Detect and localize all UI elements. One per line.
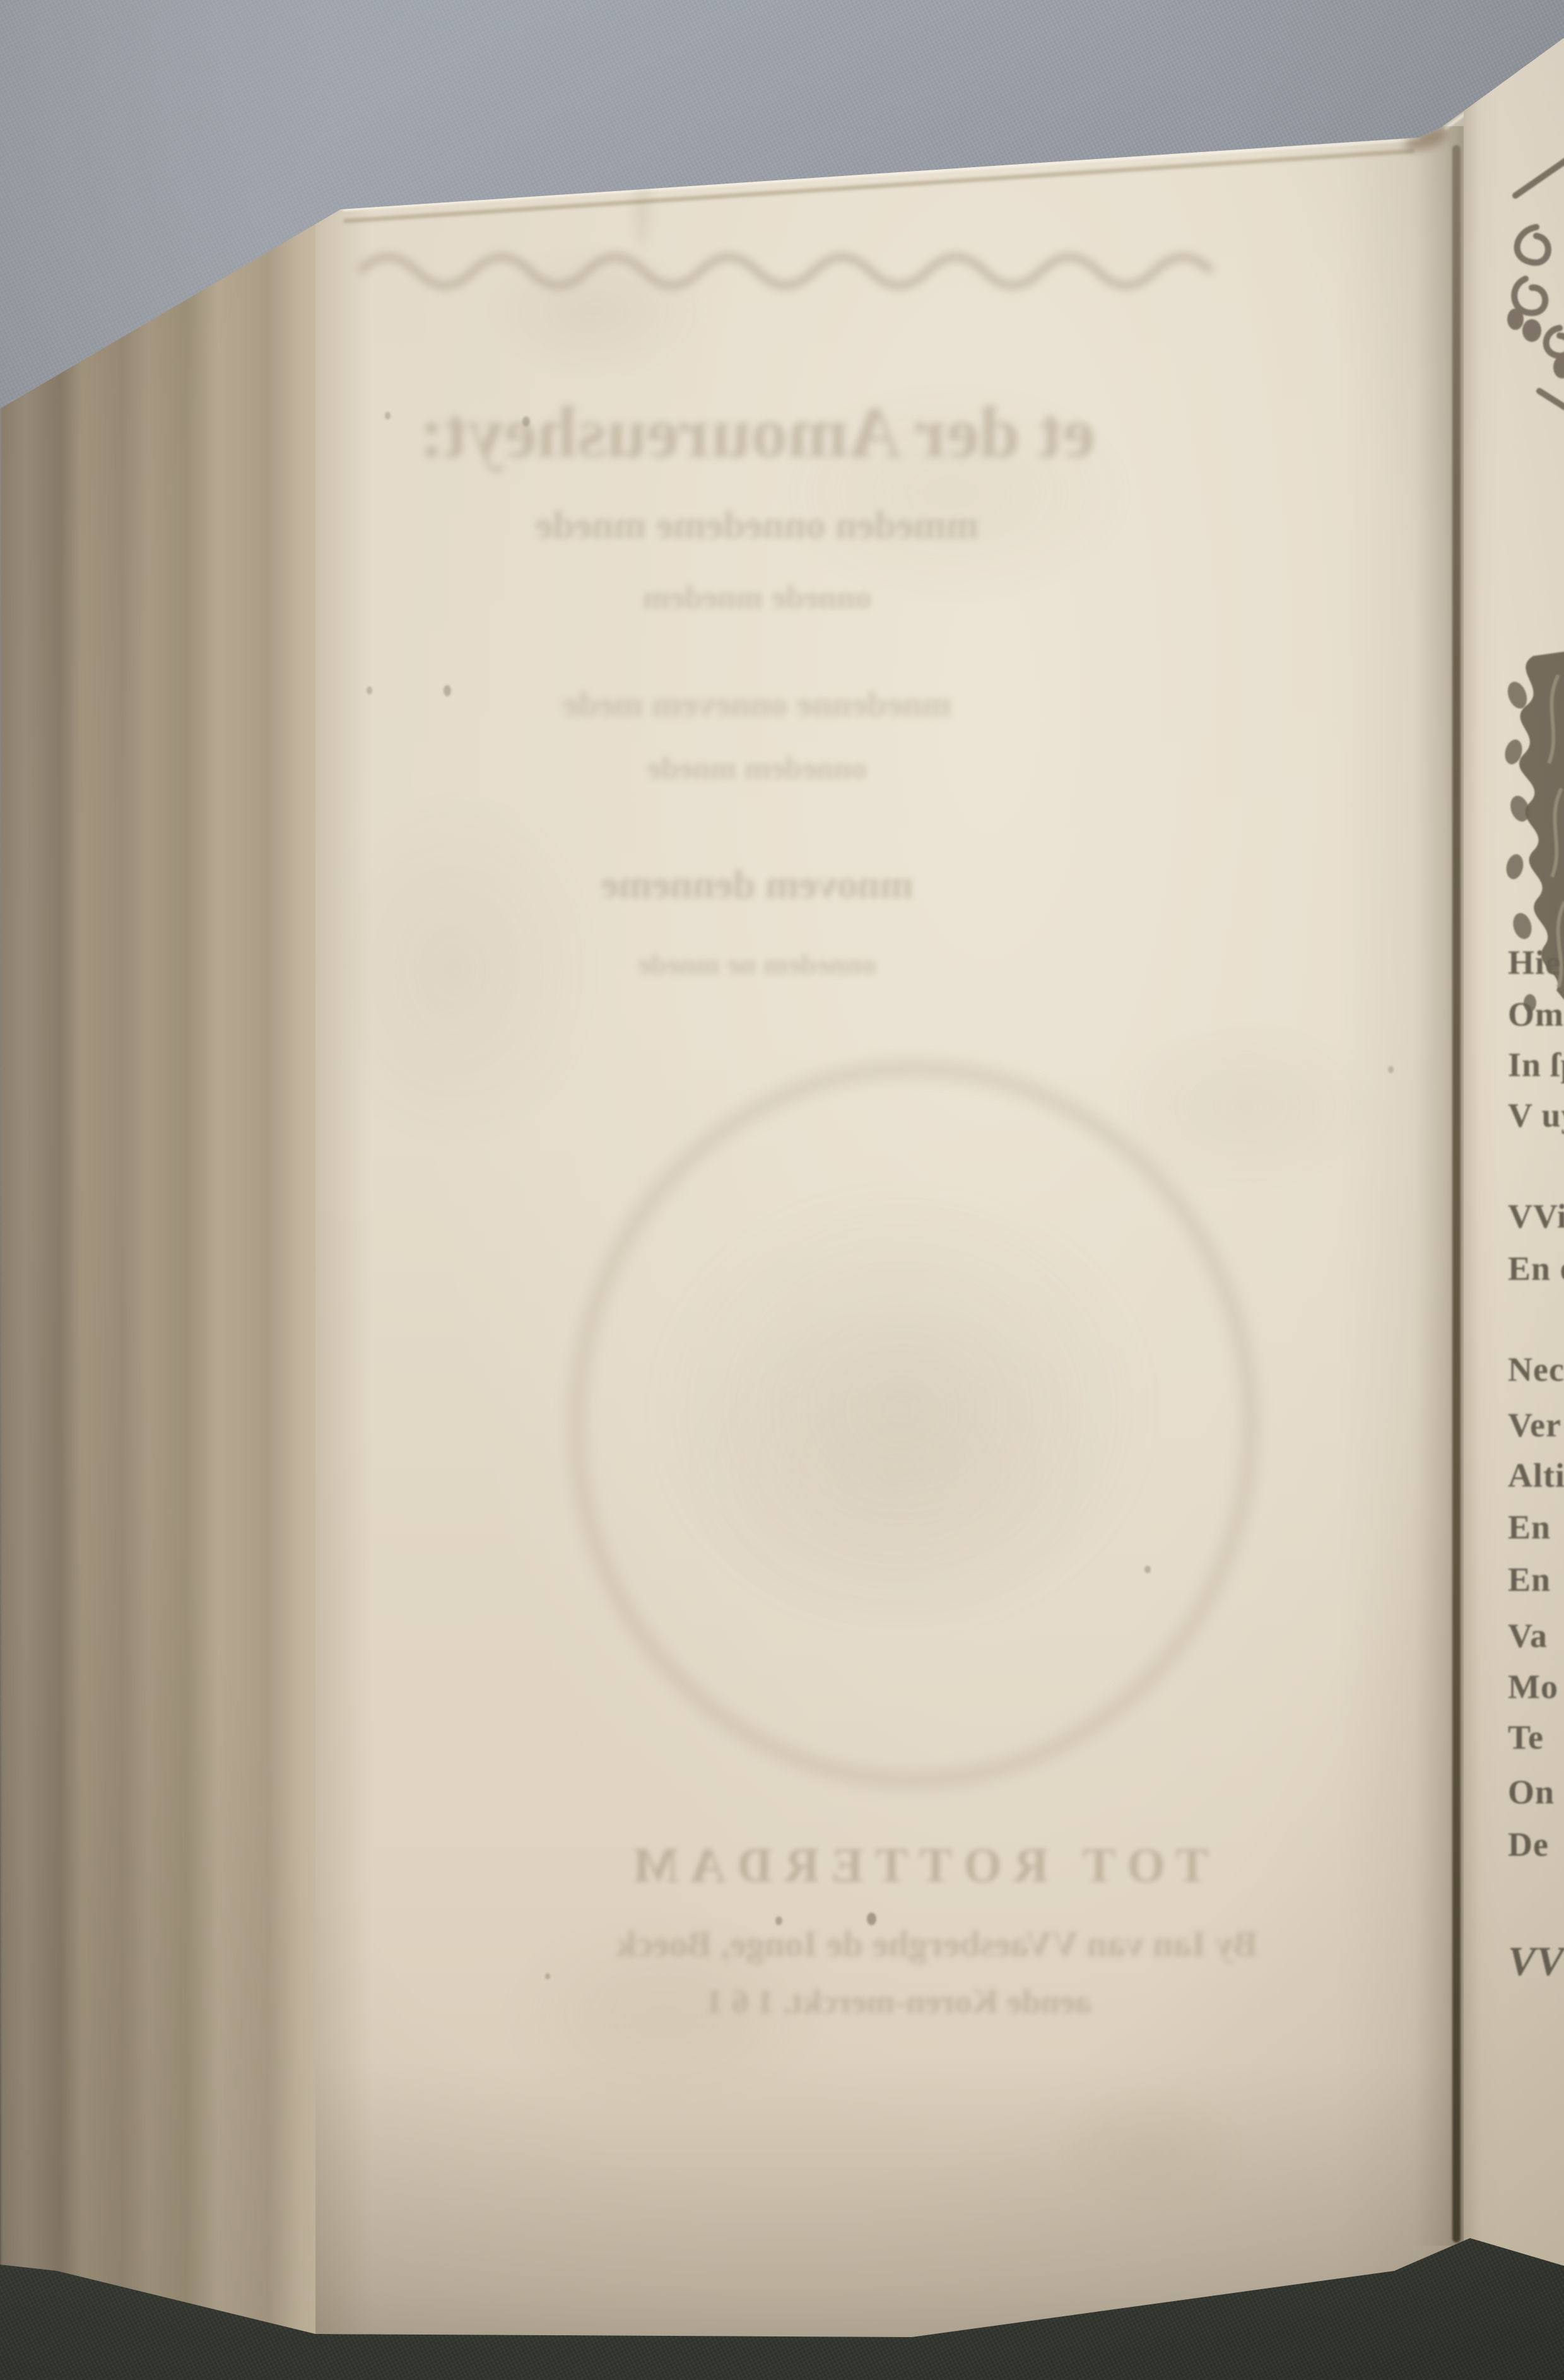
book-photograph: et der Amoureusheyt: mmeden onnedeme mne… [0, 0, 1564, 2380]
show-through-ornament-row [353, 237, 1249, 300]
paper-speck [385, 412, 391, 419]
recto-text-fragment: V uy [1508, 1096, 1564, 1135]
recto-text-fragment: VV [1508, 1938, 1564, 1986]
recto-text-fragment: De [1508, 1825, 1549, 1864]
recto-text-fragment: Mo [1508, 1667, 1558, 1706]
paper-speck [545, 1973, 550, 1979]
paper-speck [1144, 1566, 1151, 1573]
recto-text-fragment: En [1508, 1508, 1551, 1547]
recto-text-fragment: In ſp [1508, 1045, 1564, 1084]
show-through-printers-device-fill [644, 1180, 1161, 1640]
show-through-imprint-publisher: By Ian van VVaesberghe de Ionge, Boeck [416, 1923, 1457, 1965]
show-through-line: onnedem mnede [454, 749, 1060, 786]
recto-text-fragment: En [1508, 1560, 1551, 1599]
show-through-line: onnede mnedem [454, 579, 1060, 616]
headpiece-swirl-ornament [1502, 120, 1564, 423]
show-through-line: mnedenne onnevem mede [366, 684, 1148, 725]
recto-text-fragment: Alti [1508, 1456, 1564, 1495]
recto-text-fragment: Ver [1508, 1405, 1561, 1445]
recto-text-fragment: En o [1508, 1249, 1564, 1288]
paper-speck [867, 1913, 876, 1925]
recto-text-fragment: Om [1508, 995, 1564, 1034]
paper-speck [1388, 1066, 1394, 1073]
paper-speck [522, 416, 530, 426]
show-through-title-line: et der Amoureusheyt: [265, 391, 1249, 475]
show-through-imprint-address: aende Koren-merckt. 1 6 1 [505, 1982, 1293, 2021]
show-through-line: mmeden onnedeme mnede [360, 503, 1155, 548]
show-through-line: mnovem denneme [379, 861, 1136, 908]
show-through-imprint-place: TOT ROTTERDAM [568, 1837, 1262, 1894]
recto-text-fragment: On [1508, 1773, 1555, 1812]
recto-text-fragment: Nec [1508, 1350, 1564, 1389]
open-book: et der Amoureusheyt: mmeden onnedeme mne… [0, 0, 1564, 2380]
recto-text-fragment: VVi [1508, 1197, 1564, 1236]
show-through-layer: et der Amoureusheyt: mmeden onnedeme mne… [265, 114, 1464, 2359]
recto-text-fragment: Hie [1508, 943, 1561, 982]
paper-speck [775, 1916, 782, 1925]
gutter-line [1452, 145, 1461, 2242]
recto-page-strip: Hie Om In ſp V uy VVi En o Nec Ver Alti … [1464, 25, 1564, 2296]
show-through-line: onnedem ne mnede [473, 947, 1041, 981]
paper-speck [444, 685, 451, 696]
recto-text-fragment: Va [1508, 1616, 1548, 1655]
recto-text-fragment: Te [1508, 1718, 1544, 1757]
paper-speck [367, 686, 372, 695]
